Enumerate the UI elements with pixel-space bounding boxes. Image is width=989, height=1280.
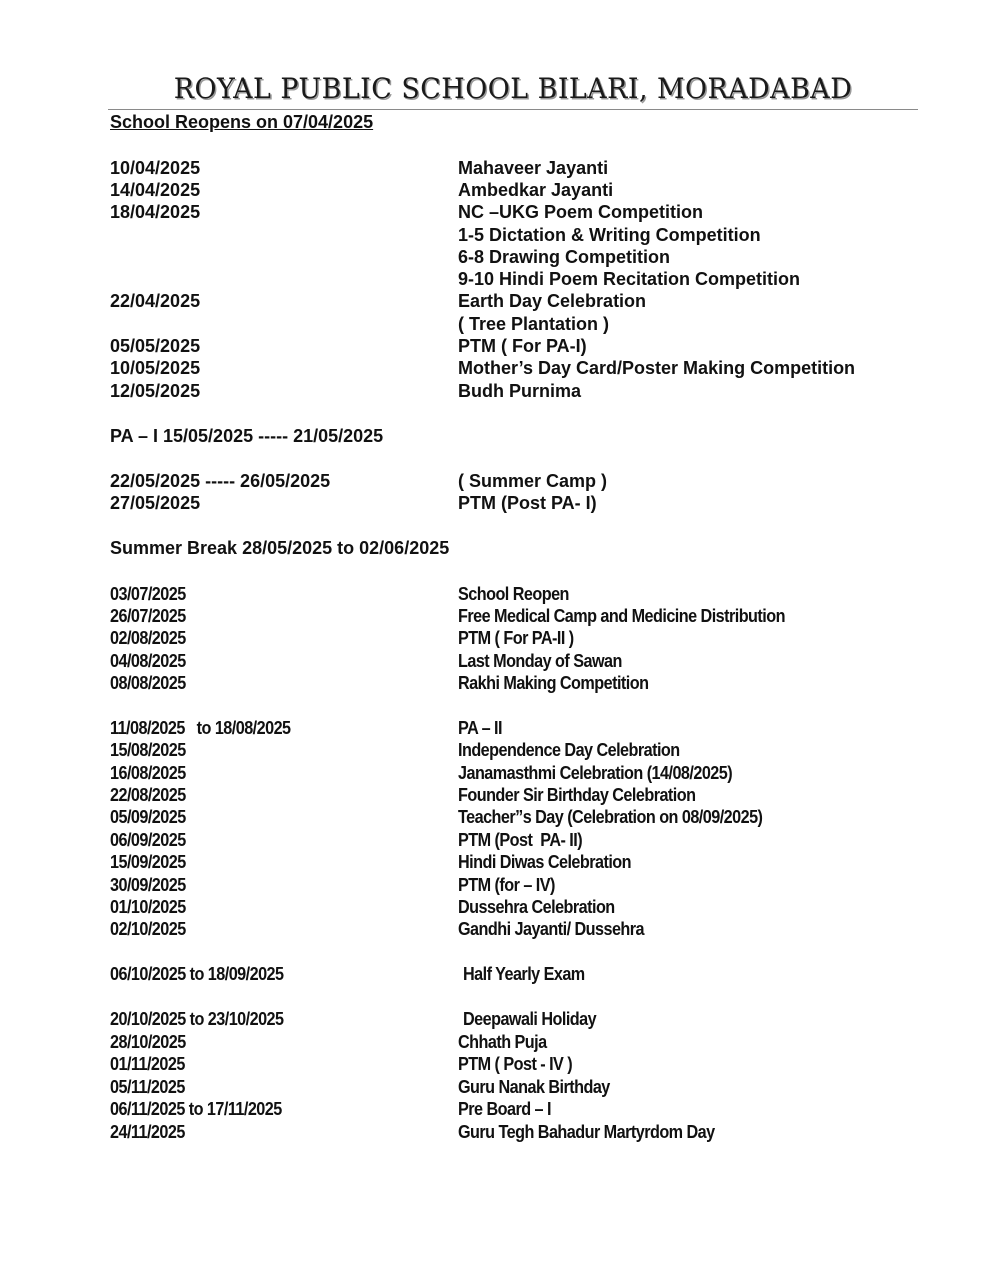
schedule-row: 10/05/2025Mother’s Day Card/Poster Makin…: [0, 357, 989, 379]
schedule-row: 01/10/2025Dussehra Celebration: [0, 896, 989, 918]
schedule-row: 15/09/2025Hindi Diwas Celebration: [0, 851, 989, 873]
schedule-date: 15/08/2025: [110, 739, 186, 761]
schedule-event: Last Monday of Sawan: [458, 650, 622, 672]
schedule-row: 30/09/2025PTM (for – IV): [0, 874, 989, 896]
schedule-row: 02/10/2025Gandhi Jayanti/ Dussehra: [0, 918, 989, 940]
schedule-date: Summer Break 28/05/2025 to 02/06/2025: [110, 537, 449, 559]
schedule-event: NC –UKG Poem Competition: [458, 201, 703, 223]
schedule-row: 10/04/2025Mahaveer Jayanti: [0, 157, 989, 179]
title-divider: [108, 109, 918, 110]
schedule-event: Ambedkar Jayanti: [458, 179, 613, 201]
schedule-date: 02/10/2025: [110, 918, 186, 940]
reopen-notice: School Reopens on 07/04/2025: [110, 112, 373, 133]
schedule-event: Budh Purnima: [458, 380, 581, 402]
schedule-date: 06/10/2025 to 18/09/2025: [110, 963, 284, 985]
schedule-date: 10/04/2025: [110, 157, 200, 179]
schedule-row: 9-10 Hindi Poem Recitation Competition: [0, 268, 989, 290]
document-page: ROYAL PUBLIC SCHOOL BILARI, MORADABAD Sc…: [0, 0, 989, 1280]
schedule-date: 26/07/2025: [110, 605, 186, 627]
schedule-event: PTM (Post PA- I): [458, 492, 597, 514]
schedule-date: 11/08/2025 to 18/08/2025: [110, 717, 291, 739]
schedule-row: 08/08/2025Rakhi Making Competition: [0, 672, 989, 694]
schedule-event: Teacher”s Day (Celebration on 08/09/2025…: [458, 806, 762, 828]
schedule-event: 1-5 Dictation & Writing Competition: [458, 224, 761, 246]
schedule-row: 22/04/2025Earth Day Celebration: [0, 290, 989, 312]
schedule-row: 28/10/2025Chhath Puja: [0, 1031, 989, 1053]
schedule-row: 05/09/2025Teacher”s Day (Celebration on …: [0, 806, 989, 828]
schedule-row: 16/08/2025Janamasthmi Celebration (14/08…: [0, 762, 989, 784]
schedule-row: 06/10/2025 to 18/09/2025Half Yearly Exam: [0, 963, 989, 985]
schedule-row: PA – I 15/05/2025 ----- 21/05/2025: [0, 425, 989, 447]
schedule-date: 01/11/2025: [110, 1053, 185, 1075]
schedule-date: 06/11/2025 to 17/11/2025: [110, 1098, 282, 1120]
schedule-row: ( Tree Plantation ): [0, 313, 989, 335]
schedule-row: 6-8 Drawing Competition: [0, 246, 989, 268]
schedule-event: Mother’s Day Card/Poster Making Competit…: [458, 357, 855, 379]
schedule-date: 08/08/2025: [110, 672, 186, 694]
schedule-event: 6-8 Drawing Competition: [458, 246, 670, 268]
schedule-row: 01/11/2025PTM ( Post - IV ): [0, 1053, 989, 1075]
schedule-date: 18/04/2025: [110, 201, 200, 223]
schedule-date: 02/08/2025: [110, 627, 186, 649]
schedule-date: 20/10/2025 to 23/10/2025: [110, 1008, 284, 1030]
schedule-date: 12/05/2025: [110, 380, 200, 402]
schedule-row: 22/05/2025 ----- 26/05/2025( Summer Camp…: [0, 470, 989, 492]
schedule-event: PTM ( Post - IV ): [458, 1053, 572, 1075]
schedule-row: 14/04/2025Ambedkar Jayanti: [0, 179, 989, 201]
schedule-event: ( Summer Camp ): [458, 470, 607, 492]
schedule-date: 06/09/2025: [110, 829, 186, 851]
schedule-event: Mahaveer Jayanti: [458, 157, 608, 179]
schedule-row: 06/11/2025 to 17/11/2025Pre Board – I: [0, 1098, 989, 1120]
schedule-date: 22/08/2025: [110, 784, 186, 806]
schedule-event: Gandhi Jayanti/ Dussehra: [458, 918, 644, 940]
schedule-row: 11/08/2025 to 18/08/2025PA – II: [0, 717, 989, 739]
schedule-event: Hindi Diwas Celebration: [458, 851, 631, 873]
schedule-event: Janamasthmi Celebration (14/08/2025): [458, 762, 732, 784]
schedule-date: 14/04/2025: [110, 179, 200, 201]
schedule-date: 03/07/2025: [110, 583, 186, 605]
schedule-row: Summer Break 28/05/2025 to 02/06/2025: [0, 537, 989, 559]
schedule-row: 22/08/2025Founder Sir Birthday Celebrati…: [0, 784, 989, 806]
schedule-event: PA – II: [458, 717, 502, 739]
schedule-event: Chhath Puja: [458, 1031, 547, 1053]
schedule-event: Free Medical Camp and Medicine Distribut…: [458, 605, 785, 627]
schedule-date: 05/05/2025: [110, 335, 200, 357]
schedule-row: 05/11/2025Guru Nanak Birthday: [0, 1076, 989, 1098]
schedule-row: 04/08/2025Last Monday of Sawan: [0, 650, 989, 672]
schedule-row: 18/04/2025NC –UKG Poem Competition: [0, 201, 989, 223]
schedule-date: PA – I 15/05/2025 ----- 21/05/2025: [110, 425, 383, 447]
schedule-event: School Reopen: [458, 583, 569, 605]
schedule-date: 22/04/2025: [110, 290, 200, 312]
schedule-date: 15/09/2025: [110, 851, 186, 873]
schedule-event: Dussehra Celebration: [458, 896, 615, 918]
schedule-event: Deepawali Holiday: [463, 1008, 596, 1030]
schedule-row: 20/10/2025 to 23/10/2025Deepawali Holida…: [0, 1008, 989, 1030]
schedule-event: Founder Sir Birthday Celebration: [458, 784, 695, 806]
schedule-event: Rakhi Making Competition: [458, 672, 648, 694]
schedule-row: 03/07/2025School Reopen: [0, 583, 989, 605]
schedule-date: 05/11/2025: [110, 1076, 185, 1098]
schedule-date: 01/10/2025: [110, 896, 186, 918]
schedule-date: 05/09/2025: [110, 806, 186, 828]
schedule-event: PTM ( For PA-I): [458, 335, 587, 357]
schedule-event: PTM (Post PA- II): [458, 829, 582, 851]
schedule-row: 05/05/2025PTM ( For PA-I): [0, 335, 989, 357]
schedule-date: 30/09/2025: [110, 874, 186, 896]
schedule-event: PTM ( For PA-II ): [458, 627, 574, 649]
schedule-event: PTM (for – IV): [458, 874, 555, 896]
schedule-date: 10/05/2025: [110, 357, 200, 379]
schedule-row: 02/08/2025PTM ( For PA-II ): [0, 627, 989, 649]
schedule-row: 06/09/2025PTM (Post PA- II): [0, 829, 989, 851]
schedule-event: Pre Board – I: [458, 1098, 551, 1120]
schedule-event: Earth Day Celebration: [458, 290, 646, 312]
schedule-date: 28/10/2025: [110, 1031, 186, 1053]
schedule-row: 1-5 Dictation & Writing Competition: [0, 224, 989, 246]
schedule-row: 26/07/2025Free Medical Camp and Medicine…: [0, 605, 989, 627]
school-title: ROYAL PUBLIC SCHOOL BILARI, MORADABAD: [124, 72, 902, 105]
schedule-event: Guru Tegh Bahadur Martyrdom Day: [458, 1121, 715, 1143]
schedule-date: 04/08/2025: [110, 650, 186, 672]
schedule-row: 12/05/2025Budh Purnima: [0, 380, 989, 402]
schedule-date: 16/08/2025: [110, 762, 186, 784]
schedule-event: ( Tree Plantation ): [458, 313, 609, 335]
schedule-date: 22/05/2025 ----- 26/05/2025: [110, 470, 330, 492]
schedule-date: 24/11/2025: [110, 1121, 185, 1143]
schedule-row: 15/08/2025Independence Day Celebration: [0, 739, 989, 761]
schedule-date: 27/05/2025: [110, 492, 200, 514]
schedule-event: Independence Day Celebration: [458, 739, 680, 761]
schedule-event: 9-10 Hindi Poem Recitation Competition: [458, 268, 800, 290]
schedule-event: Guru Nanak Birthday: [458, 1076, 610, 1098]
schedule-event: Half Yearly Exam: [463, 963, 585, 985]
schedule-row: 24/11/2025Guru Tegh Bahadur Martyrdom Da…: [0, 1121, 989, 1143]
schedule-row: 27/05/2025PTM (Post PA- I): [0, 492, 989, 514]
